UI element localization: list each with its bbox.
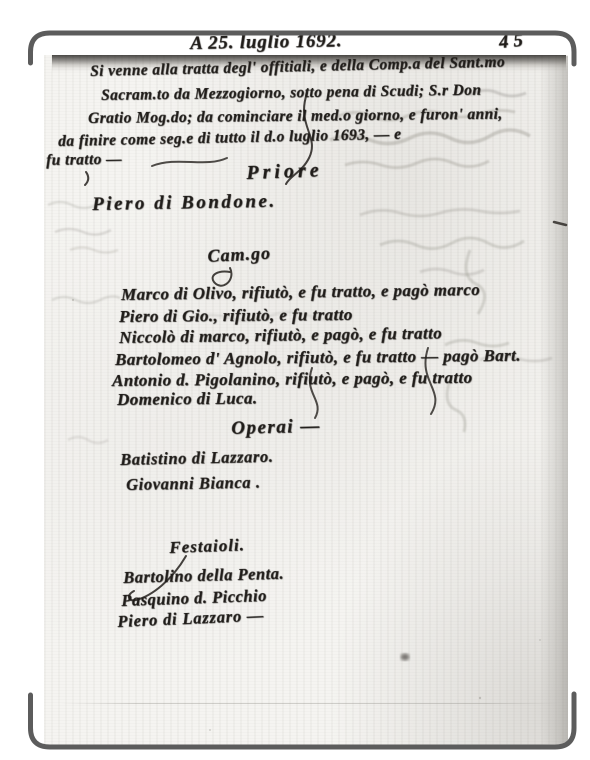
scan-border-frame [0, 0, 590, 760]
frame-bottom-bracket [31, 694, 575, 747]
frame-top-bracket [31, 33, 575, 64]
manuscript-scan: A 25. luglio 1692. 45 Si venne alla trat… [0, 0, 590, 760]
